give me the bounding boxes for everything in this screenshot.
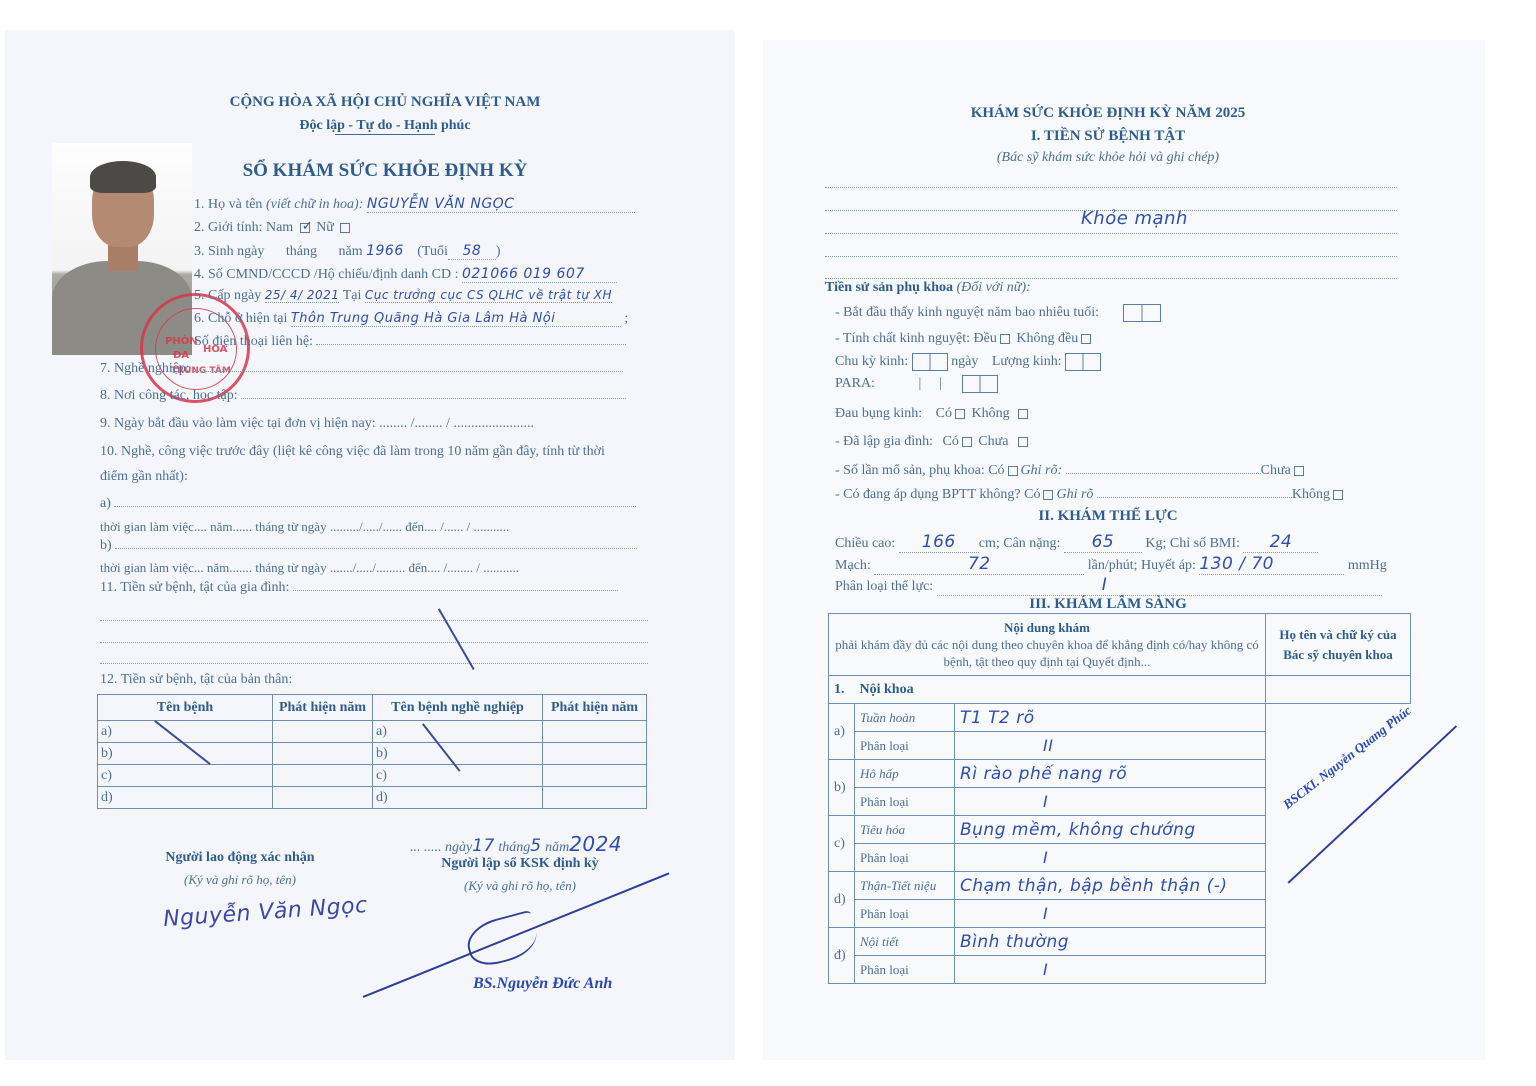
table-cell[interactable]: [273, 765, 373, 787]
phone-field: Số điện thoại liên hệ:: [194, 334, 626, 350]
sign-date: ... ..... ngày17 tháng5 năm2024: [410, 832, 622, 856]
regular-checkbox[interactable]: [1000, 334, 1010, 344]
doctor-signature-cell: [1266, 676, 1411, 704]
table-cell[interactable]: [543, 787, 647, 809]
workplace-field: 8. Nơi công tác, học tập:: [100, 388, 626, 404]
col-discovered-year-2: Phát hiện năm: [543, 695, 647, 721]
flow-box[interactable]: [1065, 353, 1101, 371]
job-a-row: a): [100, 496, 636, 512]
item-class[interactable]: I: [955, 788, 1266, 816]
disease-history-table: Tên bệnh Phát hiện năm Tên bệnh nghề ngh…: [97, 694, 647, 809]
birth-year-value[interactable]: 1966: [366, 243, 404, 259]
table-cell[interactable]: a): [373, 721, 543, 743]
para-row: PARA: ||: [835, 375, 998, 393]
item-name: Nội tiết: [855, 928, 955, 956]
class-label: Phân loại: [855, 732, 955, 760]
worker-sign-hint: (Ký và ghi rõ họ, tên): [130, 872, 350, 888]
para-box[interactable]: [962, 375, 998, 393]
issued-place-value[interactable]: Cục trưởng cục CS QLHC về trật tự XH: [365, 288, 612, 303]
exam-class-row: Phân loại I: [829, 900, 1411, 928]
dysmenorrhea-yes-checkbox[interactable]: [955, 409, 965, 419]
table-cell[interactable]: d): [373, 787, 543, 809]
item-class[interactable]: I: [955, 900, 1266, 928]
occupation-field: 7. Nghề nghiệp:: [100, 361, 623, 377]
family-history-line-2[interactable]: [100, 620, 648, 621]
table-cell[interactable]: b): [373, 743, 543, 765]
exam-item-row: c) Tiêu hóa Bụng mềm, không chướng: [829, 816, 1411, 844]
physical-class-row: Phân loại thể lực: I: [835, 575, 1382, 596]
exam-item-row: đ) Nội tiết Bình thường: [829, 928, 1411, 956]
menarche-row: - Bắt đầu thấy kinh nguyệt năm bao nhiêu…: [835, 304, 1161, 322]
family-history-line-4[interactable]: [100, 663, 648, 664]
item-letter: d): [829, 872, 855, 928]
table-cell[interactable]: c): [98, 765, 273, 787]
creator-sign-hint: (Ký và ghi rõ họ, tên): [405, 878, 635, 894]
item-finding[interactable]: T1 T2 rõ: [955, 704, 1266, 732]
col-discovered-year: Phát hiện năm: [273, 695, 373, 721]
issued-field: 5. Cấp ngày 25/ 4/ 2021 Tại Cục trưởng c…: [194, 288, 612, 304]
family-history-line-3[interactable]: [100, 642, 648, 643]
cycle-box[interactable]: [912, 353, 948, 371]
gender-field: 2. Giới tính: Nam ✓ Nữ: [194, 220, 353, 236]
bmi-value[interactable]: 24: [1243, 532, 1318, 553]
item-name: Tiêu hóa: [855, 816, 955, 844]
address-value[interactable]: Thôn Trung Quãng Hà Gia Lâm Hà Nội: [291, 311, 621, 327]
family-history-line-1[interactable]: [293, 590, 618, 591]
irregular-checkbox[interactable]: [1081, 334, 1091, 344]
surgery-no-checkbox[interactable]: [1294, 466, 1304, 476]
issued-date-value[interactable]: 25/ 4/ 2021: [265, 288, 340, 303]
table-cell[interactable]: [543, 765, 647, 787]
surgery-detail[interactable]: [1066, 473, 1261, 474]
job-a-value[interactable]: [114, 506, 636, 507]
item-class[interactable]: I: [955, 956, 1266, 984]
address-field: 6. Chỗ ở hiện tại Thôn Trung Quãng Hà Gi…: [194, 311, 628, 327]
exam-class-row: Phân loại I: [829, 788, 1411, 816]
table-row: d)d): [98, 787, 647, 809]
periodic-exam-page: KHÁM SỨC KHỎE ĐỊNH KỲ NĂM 2025 I. TIỀN S…: [763, 40, 1485, 1060]
pulse-value[interactable]: 72: [874, 554, 1084, 575]
married-row: - Đã lập gia đình: Có Chưa: [835, 434, 1031, 450]
job-b-value[interactable]: [115, 548, 637, 549]
doctor-column-header: Họ tên và chữ ký của Bác sỹ chuyên khoa: [1266, 614, 1411, 676]
name-field: 1. Họ và tên (viết chữ in hoa): NGUYỄN V…: [194, 196, 635, 213]
contraception-detail[interactable]: [1097, 497, 1292, 498]
start-date-value[interactable]: ........ /........ / ...................…: [379, 416, 534, 431]
item-letter: c): [829, 816, 855, 872]
clinical-header-row: Nội dung khám phải khám đầy đủ các nội d…: [829, 614, 1411, 676]
id-value[interactable]: 021066 019 607: [462, 266, 617, 283]
class-label: Phân loại: [855, 844, 955, 872]
birth-field: 3. Sinh ngày tháng năm 1966 (Tuổi58): [194, 243, 501, 260]
item-letter: a): [829, 704, 855, 760]
occupation-value[interactable]: [193, 371, 623, 372]
item-name: Hô hấp: [855, 760, 955, 788]
married-yes-checkbox[interactable]: [962, 437, 972, 447]
female-checkbox[interactable]: [340, 223, 350, 233]
item-class[interactable]: I: [955, 844, 1266, 872]
cycle-row: Chu kỳ kinh: ngày Lượng kinh:: [835, 353, 1101, 371]
name-value[interactable]: NGUYỄN VĂN NGỌC: [367, 196, 635, 213]
col-occupational-disease: Tên bệnh nghề nghiệp: [373, 695, 543, 721]
clinical-title: III. KHÁM LÂM SÀNG: [873, 596, 1343, 613]
worker-sign-title: Người lao động xác nhận: [130, 850, 350, 866]
table-row: c)c): [98, 765, 647, 787]
class-label: Phân loại: [855, 788, 955, 816]
strike-mark: [438, 608, 474, 669]
item-name: Thận-Tiết niệu: [855, 872, 955, 900]
history-line-1[interactable]: [825, 187, 1397, 188]
job-b-time[interactable]: thời gian làm việc... năm....... tháng t…: [100, 560, 519, 576]
item-letter: đ): [829, 928, 855, 984]
previous-jobs-label-cont: điểm gần nhất):: [100, 469, 188, 485]
table-cell[interactable]: d): [98, 787, 273, 809]
physical-class-value[interactable]: I: [937, 575, 1382, 596]
family-history-field: 11. Tiền sử bệnh, tật của gia đình:: [100, 580, 618, 596]
history-note: Khỏe mạnh: [1081, 208, 1188, 229]
contraception-yes-checkbox[interactable]: [1043, 490, 1053, 500]
header-divider: [335, 134, 435, 135]
item-class[interactable]: II: [955, 732, 1266, 760]
item-letter: b): [829, 760, 855, 816]
surgery-yes-checkbox[interactable]: [1008, 466, 1018, 476]
regularity-row: - Tính chất kinh nguyệt: Đều Không đều: [835, 331, 1094, 347]
menarche-age-box[interactable]: [1123, 304, 1161, 322]
national-motto: Độc lập - Tự do - Hạnh phúc: [155, 118, 615, 134]
col-disease-name: Tên bệnh: [98, 695, 273, 721]
exam-class-row: Phân loại I: [829, 956, 1411, 984]
married-no-checkbox[interactable]: [1018, 437, 1028, 447]
table-header-row: Tên bệnh Phát hiện năm Tên bệnh nghề ngh…: [98, 695, 647, 721]
creator-signature-loop: [462, 910, 541, 971]
job-a-time[interactable]: thời gian làm việc.... năm...... tháng t…: [100, 519, 509, 535]
pulse-bp-row: Mạch: 72 lần/phút; Huyết áp: 130 / 70 mm…: [835, 554, 1387, 575]
exam-title: KHÁM SỨC KHỎE ĐỊNH KỲ NĂM 2025: [873, 105, 1343, 122]
exam-class-row: Phân loại II: [829, 732, 1411, 760]
clinical-exam-table: Nội dung khám phải khám đầy đủ các nội d…: [828, 613, 1411, 984]
personal-history-label: 12. Tiền sử bệnh, tật của bản thân:: [100, 672, 292, 688]
creator-name-stamp: BS.Nguyễn Đức Anh: [473, 975, 612, 993]
creator-sign-title: Người lập sổ KSK định kỳ: [405, 856, 635, 872]
item-finding[interactable]: Chạm thận, bập bềnh thận (-): [955, 872, 1266, 900]
previous-jobs-label: 10. Nghề, công việc trước đây (liệt kê c…: [100, 444, 605, 460]
job-b-row: b): [100, 538, 637, 554]
table-cell[interactable]: [543, 721, 647, 743]
section1-hint: (Bác sỹ khám sức khỏe hỏi và ghi chép): [873, 150, 1343, 166]
section-row: 1. Nội khoa: [829, 676, 1411, 704]
table-cell[interactable]: [543, 743, 647, 765]
content-column-header: Nội dung khám phải khám đầy đủ các nội d…: [829, 614, 1266, 676]
item-finding[interactable]: Rì rào phế nang rõ: [955, 760, 1266, 788]
item-finding[interactable]: Bụng mềm, không chướng: [955, 816, 1266, 844]
age-value[interactable]: 58: [448, 243, 496, 260]
worker-signature: Nguyễn Văn Ngọc: [162, 893, 368, 932]
blood-pressure-value[interactable]: 130 / 70: [1199, 554, 1344, 575]
table-cell[interactable]: [273, 721, 373, 743]
exam-item-row: a) Tuần hoàn T1 T2 rõ: [829, 704, 1411, 732]
item-finding[interactable]: Bình thường: [955, 928, 1266, 956]
contraception-row: - Có đang áp dụng BPTT không? CóGhi rõ K…: [835, 487, 1380, 503]
item-name: Tuần hoàn: [855, 704, 955, 732]
id-field: 4. Số CMND/CCCD /Hộ chiếu/định danh CD :…: [194, 266, 617, 283]
dysmenorrhea-row: Đau bụng kinh: Có Không: [835, 406, 1031, 422]
workplace-value[interactable]: [241, 398, 626, 399]
obgyn-title: Tiền sử sản phụ khoa (Đối với nữ):: [825, 280, 1031, 296]
class-label: Phân loại: [855, 900, 955, 928]
history-line-3[interactable]: [825, 233, 1397, 234]
phone-value[interactable]: [316, 344, 626, 345]
health-book-cover-page: CỘNG HÒA XÃ HỘI CHỦ NGHĨA VIỆT NAM Độc l…: [5, 30, 735, 1060]
history-line-4[interactable]: [825, 256, 1397, 257]
history-line-5[interactable]: [825, 278, 1397, 279]
table-cell[interactable]: [273, 787, 373, 809]
start-date-field: 9. Ngày bắt đầu vào làm việc tại đơn vị …: [100, 416, 534, 432]
dysmenorrhea-no-checkbox[interactable]: [1018, 409, 1028, 419]
surgery-row: - Số lần mổ sản, phụ khoa: CóGhi rõ: Chư…: [835, 463, 1380, 479]
exam-item-row: d) Thận-Tiết niệu Chạm thận, bập bềnh th…: [829, 872, 1411, 900]
height-weight-row: Chiều cao: 166cm; Cân nặng: 65 Kg; Chỉ s…: [835, 532, 1318, 553]
table-cell[interactable]: [273, 743, 373, 765]
weight-value[interactable]: 65: [1064, 532, 1142, 553]
page-title: SỔ KHÁM SỨC KHỎE ĐỊNH KỲ: [155, 160, 615, 182]
height-value[interactable]: 166: [899, 532, 979, 553]
table-row: b)b): [98, 743, 647, 765]
sign-year[interactable]: 2024: [569, 832, 622, 856]
physical-title: II. KHÁM THỂ LỰC: [873, 508, 1343, 525]
section1-title: I. TIỀN SỬ BỆNH TẬT: [873, 128, 1343, 145]
table-cell[interactable]: a): [98, 721, 273, 743]
class-label: Phân loại: [855, 956, 955, 984]
national-header: CỘNG HÒA XÃ HỘI CHỦ NGHĨA VIỆT NAM: [155, 94, 615, 111]
sign-month[interactable]: 5: [530, 836, 541, 856]
male-checkbox-checked[interactable]: ✓: [300, 223, 310, 233]
sign-day[interactable]: 17: [472, 836, 495, 856]
contraception-no-checkbox[interactable]: [1333, 490, 1343, 500]
